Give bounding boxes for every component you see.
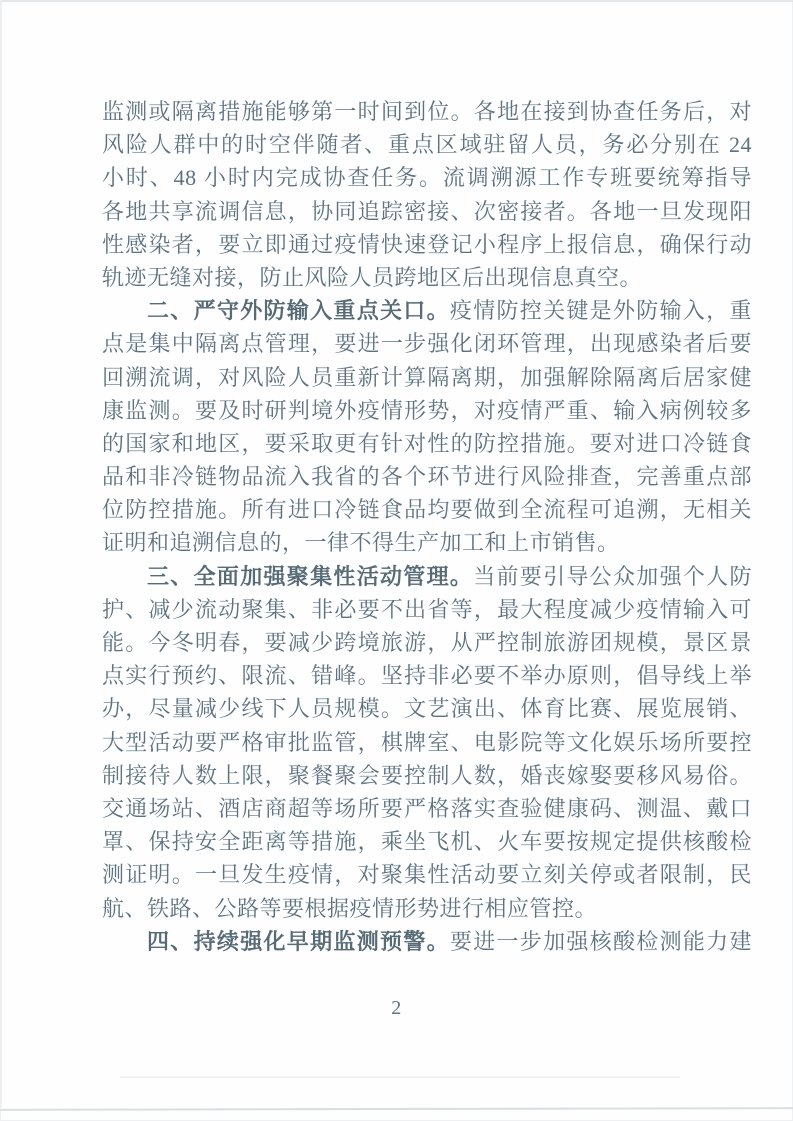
- text-line: 风险人群中的时空伴随者、重点区域驻留人员，务必分别在 24: [102, 128, 752, 161]
- text-line: 的国家和地区，要采取更有针对性的防控措施。要对进口冷链食: [102, 427, 752, 460]
- text-line: 性感染者，要立即通过疫情快速登记小程序上报信息，确保行动: [102, 228, 752, 261]
- text-line: 轨迹无缝对接，防止风险人员跨地区后出现信息真空。: [102, 261, 752, 294]
- text-line: 二、严守外防输入重点关口。疫情防控关键是外防输入，重: [102, 294, 752, 327]
- text-line: 制接待人数上限，聚餐聚会要控制人数，婚丧嫁娶要移风易俗。: [102, 759, 752, 792]
- text-line: 航、铁路、公路等要根据疫情形势进行相应管控。: [102, 892, 752, 925]
- text-line: 三、全面加强聚集性活动管理。当前要引导公众加强个人防: [102, 560, 752, 593]
- paragraph: 三、全面加强聚集性活动管理。当前要引导公众加强个人防护、减少流动聚集、非必要不出…: [102, 560, 752, 925]
- scan-bottom-edge: [0, 1107, 793, 1111]
- text-line: 四、持续强化早期监测预警。要进一步加强核酸检测能力建: [102, 925, 752, 958]
- text-line: 康监测。要及时研判境外疫情形势，对疫情严重、输入病例较多: [102, 394, 752, 427]
- text-line: 各地共享流调信息，协同追踪密接、次密接者。各地一旦发现阳: [102, 195, 752, 228]
- text-line: 护、减少流动聚集、非必要不出省等，最大程度减少疫情输入可: [102, 593, 752, 626]
- text-line: 测证明。一旦发生疫情，对聚集性活动要立刻关停或者限制，民: [102, 858, 752, 891]
- text-line: 监测或隔离措施能够第一时间到位。各地在接到协查任务后，对: [102, 95, 752, 128]
- text-line: 交通场站、酒店商超等场所要严格落实查验健康码、测温、戴口: [102, 792, 752, 825]
- scan-top-edge: [0, 0, 793, 2]
- text-line: 大型活动要严格审批监管，棋牌室、电影院等文化娱乐场所要控: [102, 726, 752, 759]
- text-line: 罩、保持安全距离等措施，乘坐飞机、火车要按规定提供核酸检: [102, 825, 752, 858]
- section-heading: 三、全面加强聚集性活动管理。: [147, 565, 473, 590]
- section-heading: 二、严守外防输入重点关口。: [147, 299, 450, 324]
- text-line: 办，尽量减少线下人员规模。文艺演出、体育比赛、展览展销、: [102, 692, 752, 725]
- text-line: 点是集中隔离点管理，要进一步强化闭环管理，出现感染者后要: [102, 327, 752, 360]
- document-page: 监测或隔离措施能够第一时间到位。各地在接到协查任务后，对风险人群中的时空伴随者、…: [0, 0, 793, 1121]
- page-number: 2: [0, 997, 793, 1020]
- section-heading: 四、持续强化早期监测预警。: [147, 930, 450, 955]
- scan-left-edge: [0, 0, 2, 1107]
- text-line: 能。今冬明春，要减少跨境旅游，从严控制旅游团规模，景区景: [102, 626, 752, 659]
- text-block: 监测或隔离措施能够第一时间到位。各地在接到协查任务后，对风险人群中的时空伴随者、…: [102, 95, 752, 958]
- text-line: 位防控措施。所有进口冷链食品均要做到全流程可追溯，无相关: [102, 493, 752, 526]
- text-line: 品和非冷链物品流入我省的各个环节进行风险排查，完善重点部: [102, 460, 752, 493]
- text-line: 点实行预约、限流、错峰。坚持非必要不举办原则，倡导线上举: [102, 659, 752, 692]
- paragraph: 二、严守外防输入重点关口。疫情防控关键是外防输入，重点是集中隔离点管理，要进一步…: [102, 294, 752, 560]
- paragraph: 监测或隔离措施能够第一时间到位。各地在接到协查任务后，对风险人群中的时空伴随者、…: [102, 95, 752, 294]
- text-line: 回溯流调，对风险人员重新计算隔离期，加强解除隔离后居家健: [102, 361, 752, 394]
- text-line: 证明和追溯信息的，一律不得生产加工和上市销售。: [102, 526, 752, 559]
- scan-smudge: [120, 1076, 680, 1078]
- paragraph: 四、持续强化早期监测预警。要进一步加强核酸检测能力建: [102, 925, 752, 958]
- text-line: 小时、48 小时内完成协查任务。流调溯源工作专班要统筹指导: [102, 161, 752, 194]
